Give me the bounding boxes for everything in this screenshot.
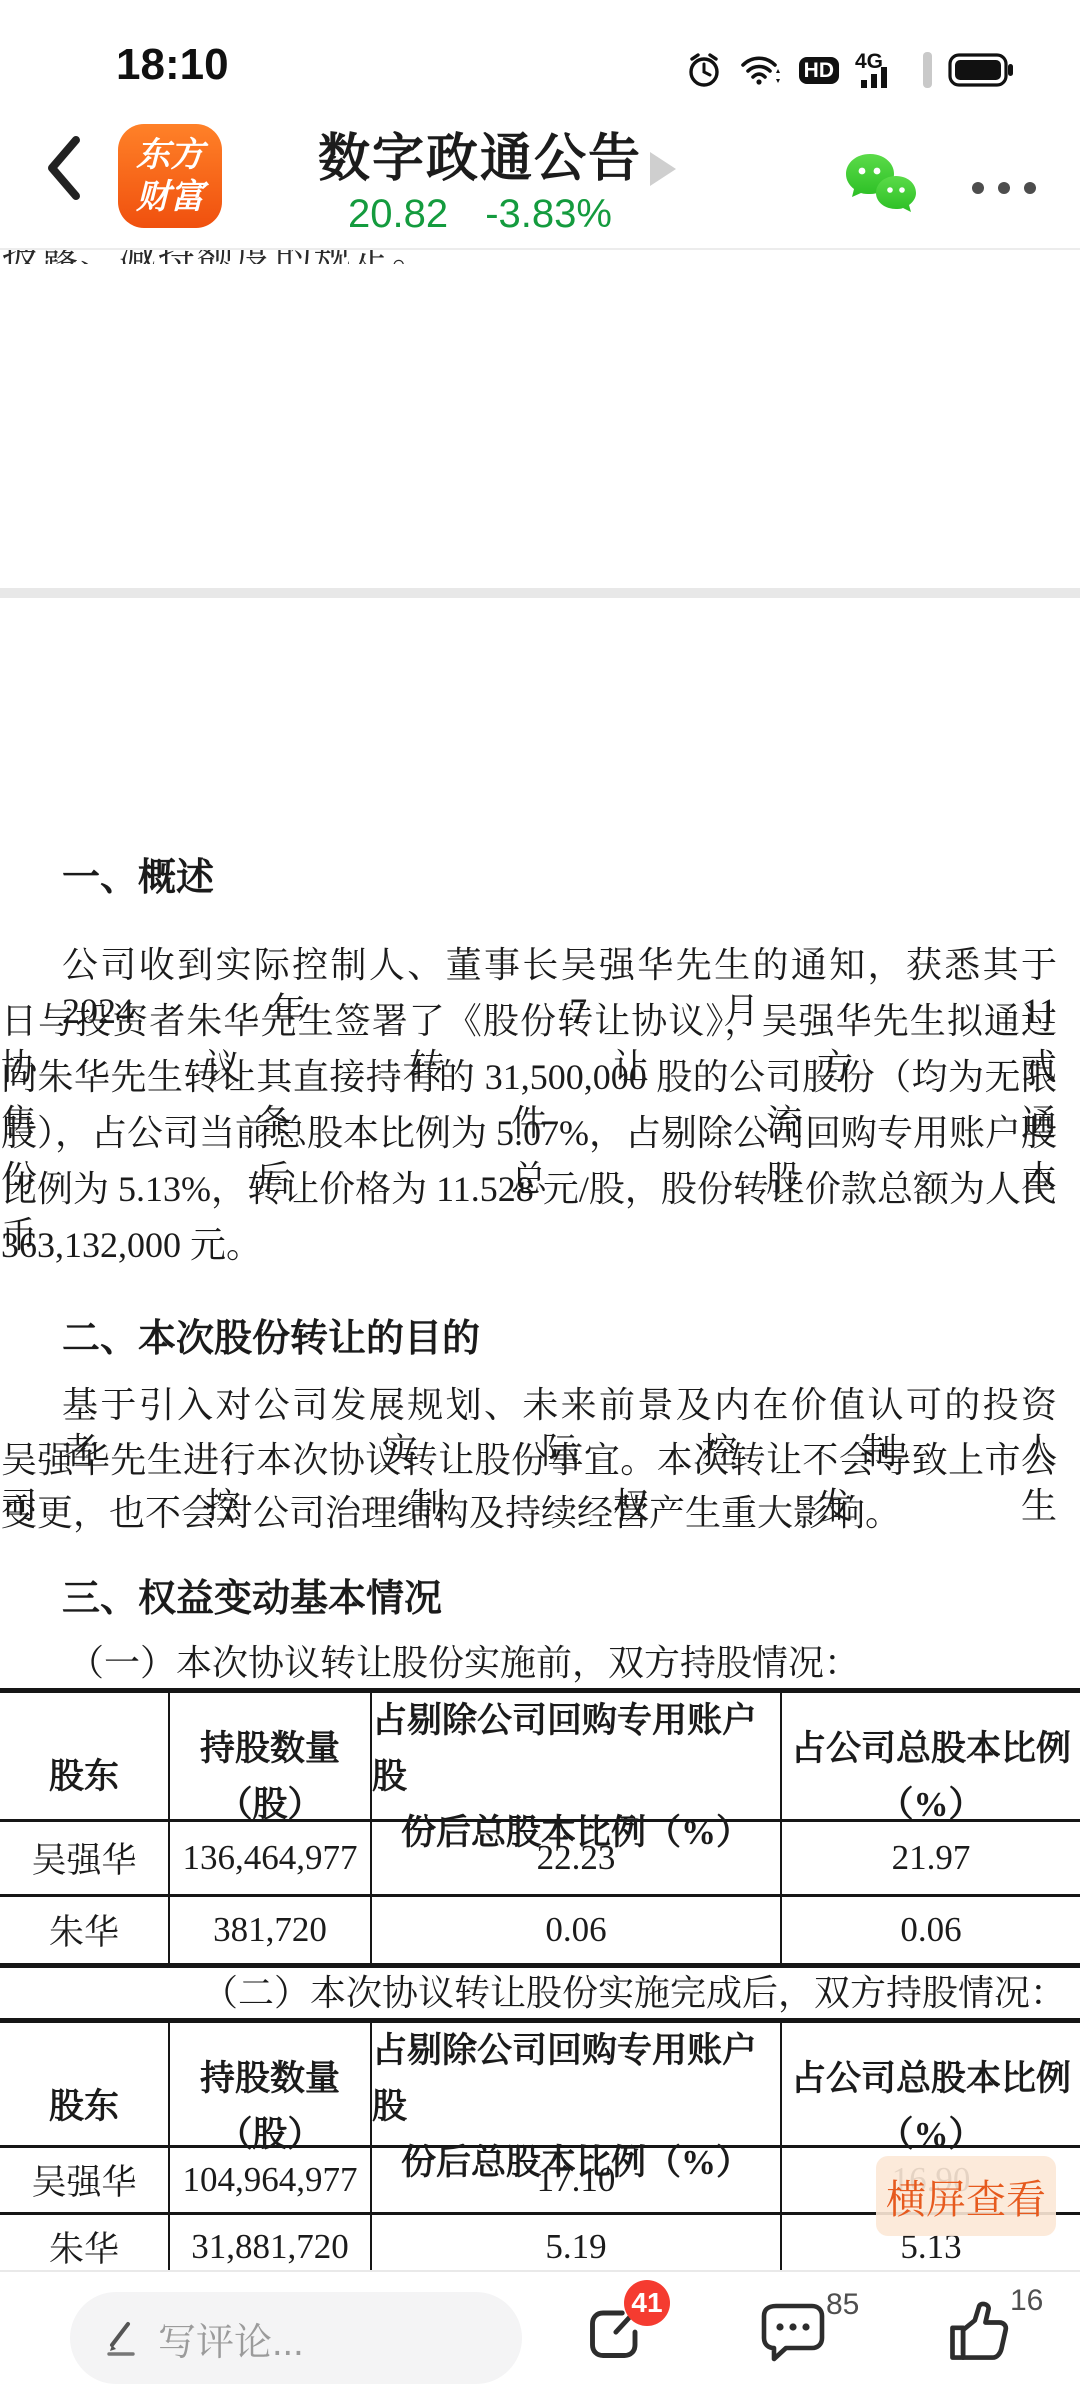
page-title: 数字政通公告 [260, 116, 700, 191]
share-badge: 41 [624, 2280, 670, 2326]
doc-subheading-1: （一）本次协议转让股份实施前，双方持股情况： [68, 1640, 860, 1686]
landscape-view-button[interactable]: 横屏查看 [876, 2156, 1056, 2236]
table-cell: 136,464,977 [170, 1822, 372, 1894]
sim2-signal-icon [923, 52, 932, 88]
stock-price: 20.82 [348, 192, 448, 236]
app-screen: 18:10 HD 4G [0, 0, 1080, 2400]
logo-text-line2: 财富 [136, 176, 204, 218]
table-row: 吴强华 136,464,977 22.23 21.97 [0, 1822, 1080, 1897]
svg-text:4G: 4G [855, 50, 883, 73]
wifi-icon [739, 51, 783, 89]
comment-placeholder: 写评论... [158, 2311, 304, 2366]
more-menu-icon[interactable] [972, 182, 1036, 194]
alarm-icon [685, 51, 723, 89]
logo-text-line1: 东方 [136, 134, 204, 176]
table-cell: 0.06 [782, 1897, 1080, 1963]
eastmoney-logo[interactable]: 东方 财富 [118, 124, 222, 228]
holdings-table-after: 股东 持股数量（股） 占剔除公司回购专用账户股份后总股本比例（%） 占公司总股本… [0, 2018, 1080, 2284]
hd-icon: HD [799, 57, 839, 84]
clipped-doc-line: 披露、减持额度的规定。 [2, 250, 1002, 264]
doc-heading-2: 二、本次股份转让的目的 [62, 1316, 480, 1362]
bottom-action-bar: 写评论... 41 85 16 [0, 2270, 1080, 2400]
doc-subheading-2: （二）本次协议转让股份实施完成后，双方持股情况： [202, 1970, 1066, 2016]
table-cell: 吴强华 [0, 2148, 170, 2212]
expand-arrow-icon[interactable] [650, 152, 676, 186]
like-button[interactable]: 16 [944, 2298, 1012, 2369]
like-count: 16 [1010, 2284, 1043, 2318]
doc-paragraph-line: 363,132,000 元。 [1, 1222, 262, 1268]
table-cell: 21.97 [782, 1822, 1080, 1894]
comment-count: 85 [826, 2288, 859, 2322]
comment-bubble-icon [760, 2302, 826, 2364]
doc-paragraph-line: 变更，也不会对公司治理结构及持续经营产生重大影响。 [1, 1490, 901, 1536]
table-cell: 104,964,977 [170, 2148, 372, 2212]
stock-quote[interactable]: 20.82 -3.83% [260, 192, 700, 237]
wechat-share-icon[interactable] [844, 152, 916, 218]
table-cell: 381,720 [170, 1897, 372, 1963]
back-icon[interactable] [42, 118, 86, 218]
clock-time: 18:10 [116, 40, 229, 90]
stock-change: -3.83% [485, 192, 612, 236]
table-cell: 吴强华 [0, 1822, 170, 1894]
holdings-table-before: 股东 持股数量（股） 占剔除公司回购专用账户股份后总股本比例（%） 占公司总股本… [0, 1688, 1080, 1968]
thumbs-up-icon [944, 2298, 1012, 2364]
status-bar: 18:10 HD 4G [0, 0, 1080, 100]
battery-icon [948, 52, 1014, 88]
table-cell: 朱华 [0, 1897, 170, 1963]
table-cell: 0.06 [372, 1897, 782, 1963]
signal-4g-icon: 4G [855, 50, 907, 90]
doc-heading-3: 三、权益变动基本情况 [62, 1576, 442, 1622]
nav-header: 东方 财富 数字政通公告 20.82 -3.83% [0, 100, 1080, 250]
comment-input[interactable]: 写评论... [70, 2292, 522, 2384]
page-separator [0, 588, 1080, 598]
share-button[interactable]: 41 [584, 2296, 652, 2369]
table-cell: 17.10 [372, 2148, 782, 2212]
doc-heading-1: 一、概述 [62, 855, 214, 901]
table-cell: 22.23 [372, 1822, 782, 1894]
comments-button[interactable]: 85 [760, 2302, 826, 2369]
pencil-icon [104, 2319, 140, 2357]
table-row: 朱华 381,720 0.06 0.06 [0, 1897, 1080, 1968]
